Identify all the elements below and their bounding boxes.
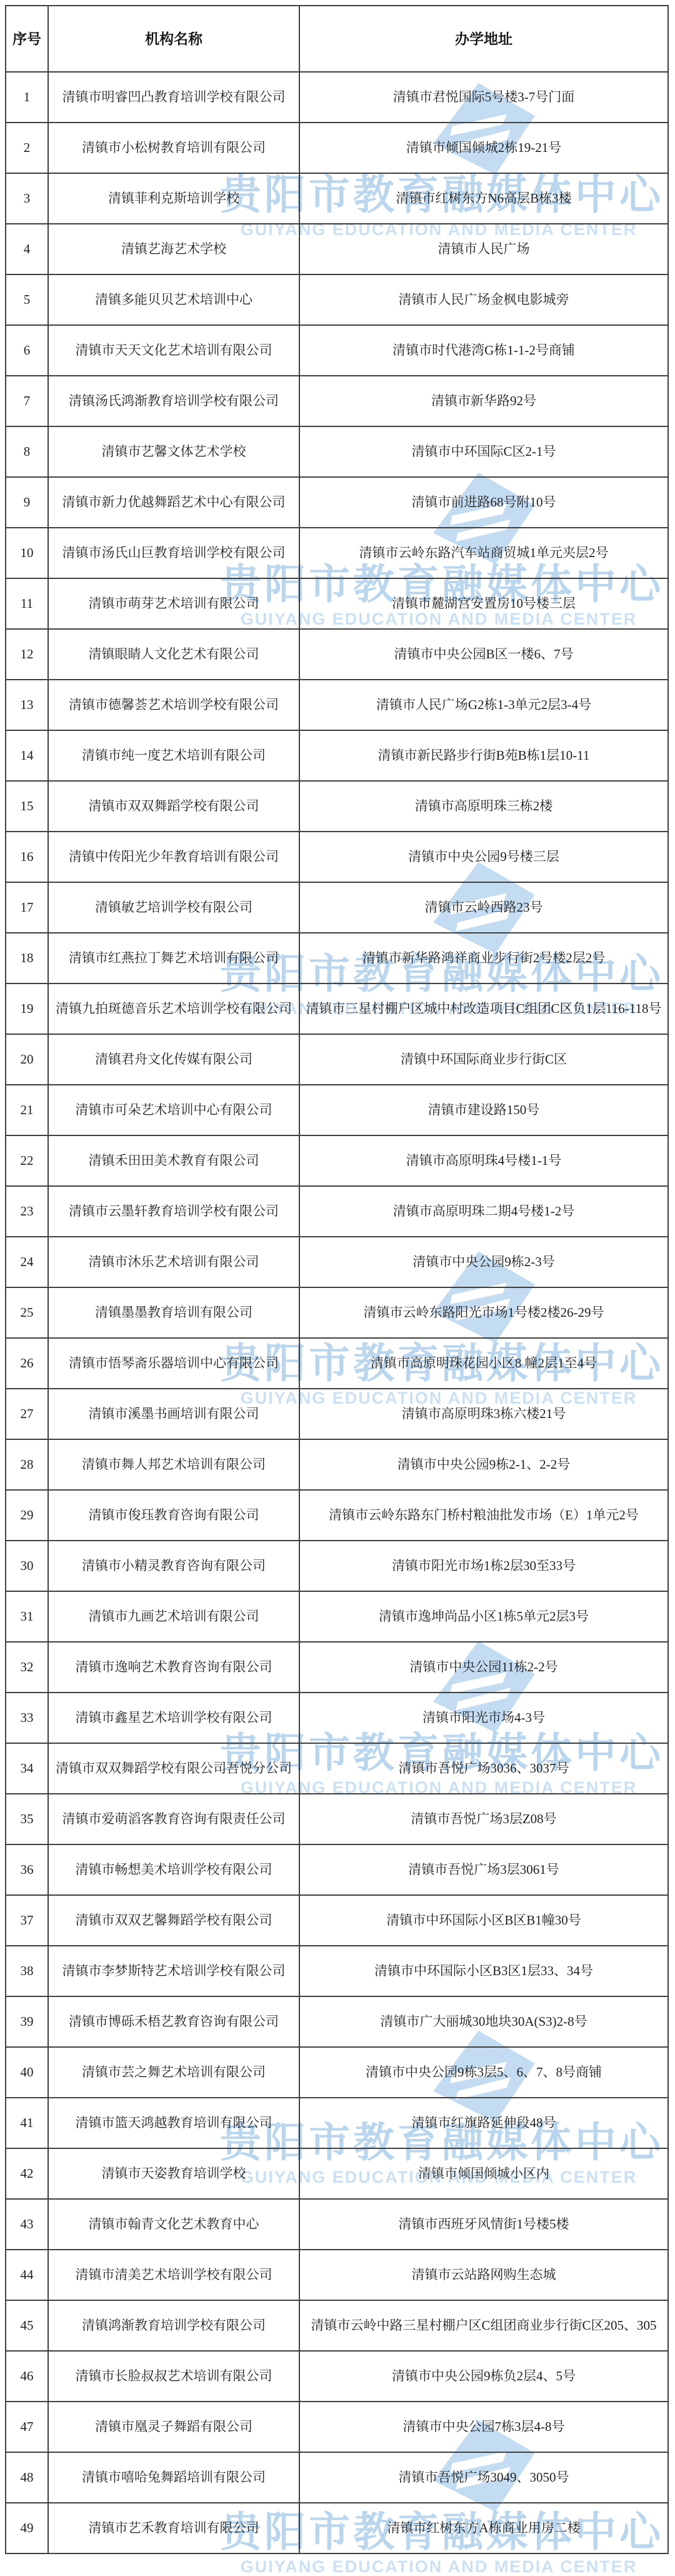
row-number-cell: 15 — [6, 782, 49, 831]
address-cell: 清镇市倾国倾城小区内 — [300, 2149, 667, 2198]
row-number-cell: 14 — [6, 731, 49, 780]
address-cell: 清镇市高原明珠三栋2楼 — [300, 782, 667, 831]
address-cell: 清镇市云岭东路东门桥村粮油批发市场（E）1单元2号 — [300, 1491, 667, 1540]
table-row: 48清镇市嘻哈兔舞蹈培训有限公司清镇市吾悦广场3049、3050号 — [6, 2453, 667, 2503]
address-cell: 清镇市三星村棚户区城中村改造项目C组团C区负1层116-118号 — [300, 984, 667, 1034]
table-row: 5清镇多能贝贝艺术培训中心清镇市人民广场金枫电影城旁 — [6, 275, 667, 326]
header-cell-name: 机构名称 — [49, 6, 300, 71]
table-row: 11清镇市萌芽艺术培训有限公司清镇市麓湖宫安置房10号楼三层 — [6, 579, 667, 630]
table-row: 49清镇市艺禾教育培训有限公司清镇市红树东方A栋商业用房二楼 — [6, 2503, 667, 2553]
institution-name-cell: 清镇市云墨轩教育培训学校有限公司 — [49, 1187, 300, 1236]
institution-name-cell: 清镇市九画艺术培训有限公司 — [49, 1592, 300, 1641]
institution-name-cell: 清镇市李梦斯特艺术培训学校有限公司 — [49, 1946, 300, 1996]
table-row: 33清镇市鑫星艺术培训学校有限公司清镇市阳光市场4-3号 — [6, 1693, 667, 1744]
address-cell: 清镇市人民广场G2栋1-3单元2层3-4号 — [300, 680, 667, 730]
institution-name-cell: 清镇市双双舞蹈学校有限公司吾悦分公司 — [49, 1744, 300, 1793]
address-cell: 清镇市云岭西路23号 — [300, 883, 667, 932]
row-number-cell: 12 — [6, 630, 49, 679]
institution-name-cell: 清镇市俊珏教育咨询有限公司 — [49, 1491, 300, 1540]
table-row: 19清镇九拍斑德音乐艺术培训学校有限公司清镇市三星村棚户区城中村改造项目C组团C… — [6, 984, 667, 1035]
institution-name-cell: 清镇市逸响艺术教育咨询有限公司 — [49, 1643, 300, 1692]
institution-name-cell: 清镇九拍斑德音乐艺术培训学校有限公司 — [49, 984, 300, 1034]
address-cell: 清镇市云岭东路阳光市场1号楼2楼26-29号 — [300, 1288, 667, 1337]
institution-name-cell: 清镇敏艺培训学校有限公司 — [49, 883, 300, 932]
address-cell: 清镇市前进路68号附10号 — [300, 478, 667, 527]
row-number-cell: 26 — [6, 1339, 49, 1388]
table-row: 28清镇市舞人邦艺术培训有限公司清镇市中央公园9栋2-1、2-2号 — [6, 1440, 667, 1491]
institution-name-cell: 清镇鸿渐教育培训学校有限公司 — [49, 2301, 300, 2350]
address-cell: 清镇市人民广场 — [300, 224, 667, 274]
address-cell: 清镇市云站路网购生态城 — [300, 2250, 667, 2300]
institution-name-cell: 清镇市红燕拉丁舞艺术培训有限公司 — [49, 933, 300, 983]
address-cell: 清镇市高原明珠3栋六楼21号 — [300, 1389, 667, 1439]
institution-name-cell: 清镇市清美艺术培训学校有限公司 — [49, 2250, 300, 2300]
row-number-cell: 17 — [6, 883, 49, 932]
table-row: 46清镇市长脸叔叔艺术培训有限公司清镇市中央公园9栋负2层4、5号 — [6, 2352, 667, 2402]
institution-name-cell: 清镇市小松树教育培训有限公司 — [49, 123, 300, 173]
row-number-cell: 43 — [6, 2200, 49, 2249]
row-number-cell: 45 — [6, 2301, 49, 2350]
row-number-cell: 4 — [6, 224, 49, 274]
address-cell: 清镇市中央公园11栋2-2号 — [300, 1643, 667, 1692]
table-row: 13清镇市德馨荟艺术培训学校有限公司清镇市人民广场G2栋1-3单元2层3-4号 — [6, 680, 667, 731]
row-number-cell: 19 — [6, 984, 49, 1034]
address-cell: 清镇市人民广场金枫电影城旁 — [300, 275, 667, 325]
address-cell: 清镇市时代港湾G栋1-1-2号商铺 — [300, 326, 667, 375]
row-number-cell: 36 — [6, 1845, 49, 1894]
table-row: 29清镇市俊珏教育咨询有限公司清镇市云岭东路东门桥村粮油批发市场（E）1单元2号 — [6, 1491, 667, 1541]
institution-name-cell: 清镇市艺禾教育培训有限公司 — [49, 2503, 300, 2553]
table-row: 26清镇市悟琴斋乐器培训中心有限公司清镇市高原明珠花园小区8 幢2层1至4号 — [6, 1339, 667, 1389]
row-number-cell: 21 — [6, 1085, 49, 1135]
address-cell: 清镇市中央公园7栋3层4-8号 — [300, 2402, 667, 2452]
address-cell: 清镇市中央公园9栋2-3号 — [300, 1237, 667, 1287]
row-number-cell: 31 — [6, 1592, 49, 1641]
table-row: 12清镇眼睛人文化艺术有限公司清镇市中央公园B区一楼6、7号 — [6, 630, 667, 680]
address-cell: 清镇市云岭中路三星村棚户区C组团商业步行街C区205、305 — [300, 2301, 667, 2350]
row-number-cell: 40 — [6, 2048, 49, 2097]
row-number-cell: 49 — [6, 2503, 49, 2553]
table-row: 34清镇市双双舞蹈学校有限公司吾悦分公司清镇市吾悦广场3036、3037号 — [6, 1744, 667, 1794]
table-body: 1清镇市明睿凹凸教育培训学校有限公司清镇市君悦国际5号楼3-7号门面2清镇市小松… — [6, 73, 667, 2553]
row-number-cell: 25 — [6, 1288, 49, 1337]
institution-name-cell: 清镇市博砾禾梧艺教育咨询有限公司 — [49, 1997, 300, 2046]
address-cell: 清镇市红树东方A栋商业用房二楼 — [300, 2503, 667, 2553]
row-number-cell: 23 — [6, 1187, 49, 1236]
table-row: 35清镇市爱萌滔客教育咨询有限责任公司清镇市吾悦广场3层Z08号 — [6, 1794, 667, 1845]
institution-name-cell: 清镇市汤氏山巨教育培训学校有限公司 — [49, 528, 300, 578]
institution-name-cell: 清镇多能贝贝艺术培训中心 — [49, 275, 300, 325]
table-row: 41清镇市篮天鸿越教育培训有限公司清镇市红旗路延伸段48号 — [6, 2098, 667, 2149]
institution-name-cell: 清镇菲利克斯培训学校 — [49, 174, 300, 223]
address-cell: 清镇市新民路步行街B苑B栋1层10-11 — [300, 731, 667, 780]
address-cell: 清镇市建设路150号 — [300, 1085, 667, 1135]
row-number-cell: 33 — [6, 1693, 49, 1743]
table-row: 15清镇市双双舞蹈学校有限公司清镇市高原明珠三栋2楼 — [6, 782, 667, 832]
table-row: 27清镇市溪墨书画培训有限公司清镇市高原明珠3栋六楼21号 — [6, 1389, 667, 1440]
institution-name-cell: 清镇市嘻哈兔舞蹈培训有限公司 — [49, 2453, 300, 2502]
address-cell: 清镇市倾国倾城2栋19-21号 — [300, 123, 667, 173]
institution-name-cell: 清镇市天天文化艺术培训有限公司 — [49, 326, 300, 375]
row-number-cell: 11 — [6, 579, 49, 628]
institution-name-cell: 清镇市小精灵教育咨询有限公司 — [49, 1541, 300, 1591]
institution-name-cell: 清镇市悟琴斋乐器培训中心有限公司 — [49, 1339, 300, 1388]
address-cell: 清镇市吾悦广场3036、3037号 — [300, 1744, 667, 1793]
table-row: 38清镇市李梦斯特艺术培训学校有限公司清镇市中环国际小区B3区1层33、34号 — [6, 1946, 667, 1997]
table-row: 7清镇汤氏鸿渐教育培训学校有限公司清镇市新华路92号 — [6, 376, 667, 427]
address-cell: 清镇市西班牙风情街1号楼5楼 — [300, 2200, 667, 2249]
table-row: 2清镇市小松树教育培训有限公司清镇市倾国倾城2栋19-21号 — [6, 123, 667, 174]
row-number-cell: 34 — [6, 1744, 49, 1793]
address-cell: 清镇市新华路92号 — [300, 376, 667, 426]
institution-name-cell: 清镇市新力优越舞蹈艺术中心有限公司 — [49, 478, 300, 527]
table-row: 18清镇市红燕拉丁舞艺术培训有限公司清镇市新华路鸿祥商业步行街2号楼2层2号 — [6, 933, 667, 984]
row-number-cell: 10 — [6, 528, 49, 578]
address-cell: 清镇市广大丽城30地块30A(S3)2-8号 — [300, 1997, 667, 2046]
row-number-cell: 24 — [6, 1237, 49, 1287]
row-number-cell: 22 — [6, 1136, 49, 1185]
row-number-cell: 37 — [6, 1896, 49, 1945]
address-cell: 清镇市逸坤尚品小区1栋5单元2层3号 — [300, 1592, 667, 1641]
row-number-cell: 6 — [6, 326, 49, 375]
address-cell: 清镇市高原明珠花园小区8 幢2层1至4号 — [300, 1339, 667, 1388]
table-row: 9清镇市新力优越舞蹈艺术中心有限公司清镇市前进路68号附10号 — [6, 478, 667, 528]
institution-name-cell: 清镇市萌芽艺术培训有限公司 — [49, 579, 300, 628]
address-cell: 清镇市阳光市场1栋2层30至33号 — [300, 1541, 667, 1591]
institution-name-cell: 清镇市长脸叔叔艺术培训有限公司 — [49, 2352, 300, 2401]
table-row: 6清镇市天天文化艺术培训有限公司清镇市时代港湾G栋1-1-2号商铺 — [6, 326, 667, 376]
table-row: 10清镇市汤氏山巨教育培训学校有限公司清镇市云岭东路汽车站商贸城1单元夹层2号 — [6, 528, 667, 579]
institution-name-cell: 清镇市纯一度艺术培训有限公司 — [49, 731, 300, 780]
table-row: 21清镇市可朵艺术培训中心有限公司清镇市建设路150号 — [6, 1085, 667, 1136]
row-number-cell: 1 — [6, 73, 49, 122]
address-cell: 清镇市吾悦广场3049、3050号 — [300, 2453, 667, 2502]
row-number-cell: 3 — [6, 174, 49, 223]
institution-name-cell: 清镇眼睛人文化艺术有限公司 — [49, 630, 300, 679]
institution-name-cell: 清镇市明睿凹凸教育培训学校有限公司 — [49, 73, 300, 122]
row-number-cell: 32 — [6, 1643, 49, 1692]
table-row: 8清镇市艺馨文体艺术学校清镇市中环国际C区2-1号 — [6, 427, 667, 478]
row-number-cell: 27 — [6, 1389, 49, 1439]
institution-name-cell: 清镇市翰青文化艺术教育中心 — [49, 2200, 300, 2249]
institution-name-cell: 清镇禾田田美术教育有限公司 — [49, 1136, 300, 1185]
address-cell: 清镇市麓湖宫安置房10号楼三层 — [300, 579, 667, 628]
institution-name-cell: 清镇市德馨荟艺术培训学校有限公司 — [49, 680, 300, 730]
institution-name-cell: 清镇市双双艺馨舞蹈学校有限公司 — [49, 1896, 300, 1945]
institution-name-cell: 清镇市芸之舞艺术培训有限公司 — [49, 2048, 300, 2097]
header-cell-number: 序号 — [6, 6, 49, 71]
row-number-cell: 16 — [6, 832, 49, 882]
row-number-cell: 35 — [6, 1794, 49, 1844]
table-row: 1清镇市明睿凹凸教育培训学校有限公司清镇市君悦国际5号楼3-7号门面 — [6, 73, 667, 123]
table-row: 25清镇墨墨教育培训有限公司清镇市云岭东路阳光市场1号楼2楼26-29号 — [6, 1288, 667, 1339]
table-row: 44清镇市清美艺术培训学校有限公司清镇市云站路网购生态城 — [6, 2250, 667, 2301]
table-row: 20清镇君舟文化传媒有限公司清镇中环国际商业步行街C区 — [6, 1035, 667, 1085]
row-number-cell: 18 — [6, 933, 49, 983]
table-row: 47清镇市凰灵子舞蹈有限公司清镇市中央公园7栋3层4-8号 — [6, 2402, 667, 2453]
address-cell: 清镇市云岭东路汽车站商贸城1单元夹层2号 — [300, 528, 667, 578]
row-number-cell: 46 — [6, 2352, 49, 2401]
table-row: 42清镇市天姿教育培训学校清镇市倾国倾城小区内 — [6, 2149, 667, 2200]
row-number-cell: 20 — [6, 1035, 49, 1084]
row-number-cell: 2 — [6, 123, 49, 173]
table-row: 22清镇禾田田美术教育有限公司清镇市高原明珠4号楼1-1号 — [6, 1136, 667, 1187]
institution-name-cell: 清镇市爱萌滔客教育咨询有限责任公司 — [49, 1794, 300, 1844]
institution-name-cell: 清镇市天姿教育培训学校 — [49, 2149, 300, 2198]
table-row: 37清镇市双双艺馨舞蹈学校有限公司清镇市中环国际小区B区B1幢30号 — [6, 1896, 667, 1946]
table-row: 24清镇市沐乐艺术培训有限公司清镇市中央公园9栋2-3号 — [6, 1237, 667, 1288]
institution-name-cell: 清镇艺海艺术学校 — [49, 224, 300, 274]
address-cell: 清镇市阳光市场4-3号 — [300, 1693, 667, 1743]
table-row: 17清镇敏艺培训学校有限公司清镇市云岭西路23号 — [6, 883, 667, 933]
row-number-cell: 39 — [6, 1997, 49, 2046]
table-row: 40清镇市芸之舞艺术培训有限公司清镇市中央公园9栋3层5、6、7、8号商铺 — [6, 2048, 667, 2098]
address-cell: 清镇市高原明珠二期4号楼1-2号 — [300, 1187, 667, 1236]
row-number-cell: 9 — [6, 478, 49, 527]
institution-name-cell: 清镇市溪墨书画培训有限公司 — [49, 1389, 300, 1439]
institution-name-cell: 清镇市艺馨文体艺术学校 — [49, 427, 300, 476]
row-number-cell: 47 — [6, 2402, 49, 2452]
document-page: 贵阳市教育融媒体中心GUIYANG EDUCATION AND MEDIA CE… — [0, 0, 675, 2576]
institution-name-cell: 清镇市鑫星艺术培训学校有限公司 — [49, 1693, 300, 1743]
watermark-subtitle: GUIYANG EDUCATION AND MEDIA CENTER — [220, 2557, 657, 2576]
table-row: 16清镇中传阳光少年教育培训有限公司清镇市中央公园9号楼三层 — [6, 832, 667, 883]
address-cell: 清镇市中央公园9栋负2层4、5号 — [300, 2352, 667, 2401]
address-cell: 清镇市君悦国际5号楼3-7号门面 — [300, 73, 667, 122]
table-row: 31清镇市九画艺术培训有限公司清镇市逸坤尚品小区1栋5单元2层3号 — [6, 1592, 667, 1643]
institution-name-cell: 清镇市可朵艺术培训中心有限公司 — [49, 1085, 300, 1135]
institution-name-cell: 清镇汤氏鸿渐教育培训学校有限公司 — [49, 376, 300, 426]
institution-name-cell: 清镇市舞人邦艺术培训有限公司 — [49, 1440, 300, 1489]
row-number-cell: 38 — [6, 1946, 49, 1996]
table-row: 4清镇艺海艺术学校清镇市人民广场 — [6, 224, 667, 275]
registry-table: 序号 机构名称 办学地址 1清镇市明睿凹凸教育培训学校有限公司清镇市君悦国际5号… — [5, 5, 669, 2554]
address-cell: 清镇市吾悦广场3层3061号 — [300, 1845, 667, 1894]
address-cell: 清镇市吾悦广场3层Z08号 — [300, 1794, 667, 1844]
row-number-cell: 41 — [6, 2098, 49, 2148]
row-number-cell: 42 — [6, 2149, 49, 2198]
address-cell: 清镇市中央公园9号楼三层 — [300, 832, 667, 882]
address-cell: 清镇市中环国际小区B区B1幢30号 — [300, 1896, 667, 1945]
table-row: 43清镇市翰青文化艺术教育中心清镇市西班牙风情街1号楼5楼 — [6, 2200, 667, 2250]
row-number-cell: 30 — [6, 1541, 49, 1591]
row-number-cell: 29 — [6, 1491, 49, 1540]
institution-name-cell: 清镇君舟文化传媒有限公司 — [49, 1035, 300, 1084]
row-number-cell: 5 — [6, 275, 49, 325]
address-cell: 清镇中环国际商业步行街C区 — [300, 1035, 667, 1084]
table-row: 45清镇鸿渐教育培训学校有限公司清镇市云岭中路三星村棚户区C组团商业步行街C区2… — [6, 2301, 667, 2352]
row-number-cell: 28 — [6, 1440, 49, 1489]
address-cell: 清镇市新华路鸿祥商业步行街2号楼2层2号 — [300, 933, 667, 983]
table-row: 30清镇市小精灵教育咨询有限公司清镇市阳光市场1栋2层30至33号 — [6, 1541, 667, 1592]
table-header-row: 序号 机构名称 办学地址 — [6, 6, 667, 73]
table-row: 32清镇市逸响艺术教育咨询有限公司清镇市中央公园11栋2-2号 — [6, 1643, 667, 1693]
institution-name-cell: 清镇市篮天鸿越教育培训有限公司 — [49, 2098, 300, 2148]
row-number-cell: 13 — [6, 680, 49, 730]
table-row: 14清镇市纯一度艺术培训有限公司清镇市新民路步行街B苑B栋1层10-11 — [6, 731, 667, 782]
table-row: 23清镇市云墨轩教育培训学校有限公司清镇市高原明珠二期4号楼1-2号 — [6, 1187, 667, 1237]
address-cell: 清镇市中环国际C区2-1号 — [300, 427, 667, 476]
table-row: 36清镇市畅想美术培训学校有限公司清镇市吾悦广场3层3061号 — [6, 1845, 667, 1896]
row-number-cell: 48 — [6, 2453, 49, 2502]
address-cell: 清镇市红树东方N6高层B栋3楼 — [300, 174, 667, 223]
institution-name-cell: 清镇市凰灵子舞蹈有限公司 — [49, 2402, 300, 2452]
institution-name-cell: 清镇市双双舞蹈学校有限公司 — [49, 782, 300, 831]
row-number-cell: 7 — [6, 376, 49, 426]
institution-name-cell: 清镇市畅想美术培训学校有限公司 — [49, 1845, 300, 1894]
address-cell: 清镇市中央公园B区一楼6、7号 — [300, 630, 667, 679]
institution-name-cell: 清镇市沐乐艺术培训有限公司 — [49, 1237, 300, 1287]
address-cell: 清镇市中央公园9栋2-1、2-2号 — [300, 1440, 667, 1489]
address-cell: 清镇市中环国际小区B3区1层33、34号 — [300, 1946, 667, 1996]
institution-name-cell: 清镇中传阳光少年教育培训有限公司 — [49, 832, 300, 882]
row-number-cell: 8 — [6, 427, 49, 476]
address-cell: 清镇市中央公园9栋3层5、6、7、8号商铺 — [300, 2048, 667, 2097]
institution-name-cell: 清镇墨墨教育培训有限公司 — [49, 1288, 300, 1337]
address-cell: 清镇市红旗路延伸段48号 — [300, 2098, 667, 2148]
table-row: 3清镇菲利克斯培训学校清镇市红树东方N6高层B栋3楼 — [6, 174, 667, 224]
table-row: 39清镇市博砾禾梧艺教育咨询有限公司清镇市广大丽城30地块30A(S3)2-8号 — [6, 1997, 667, 2048]
address-cell: 清镇市高原明珠4号楼1-1号 — [300, 1136, 667, 1185]
row-number-cell: 44 — [6, 2250, 49, 2300]
header-cell-address: 办学地址 — [300, 6, 667, 71]
